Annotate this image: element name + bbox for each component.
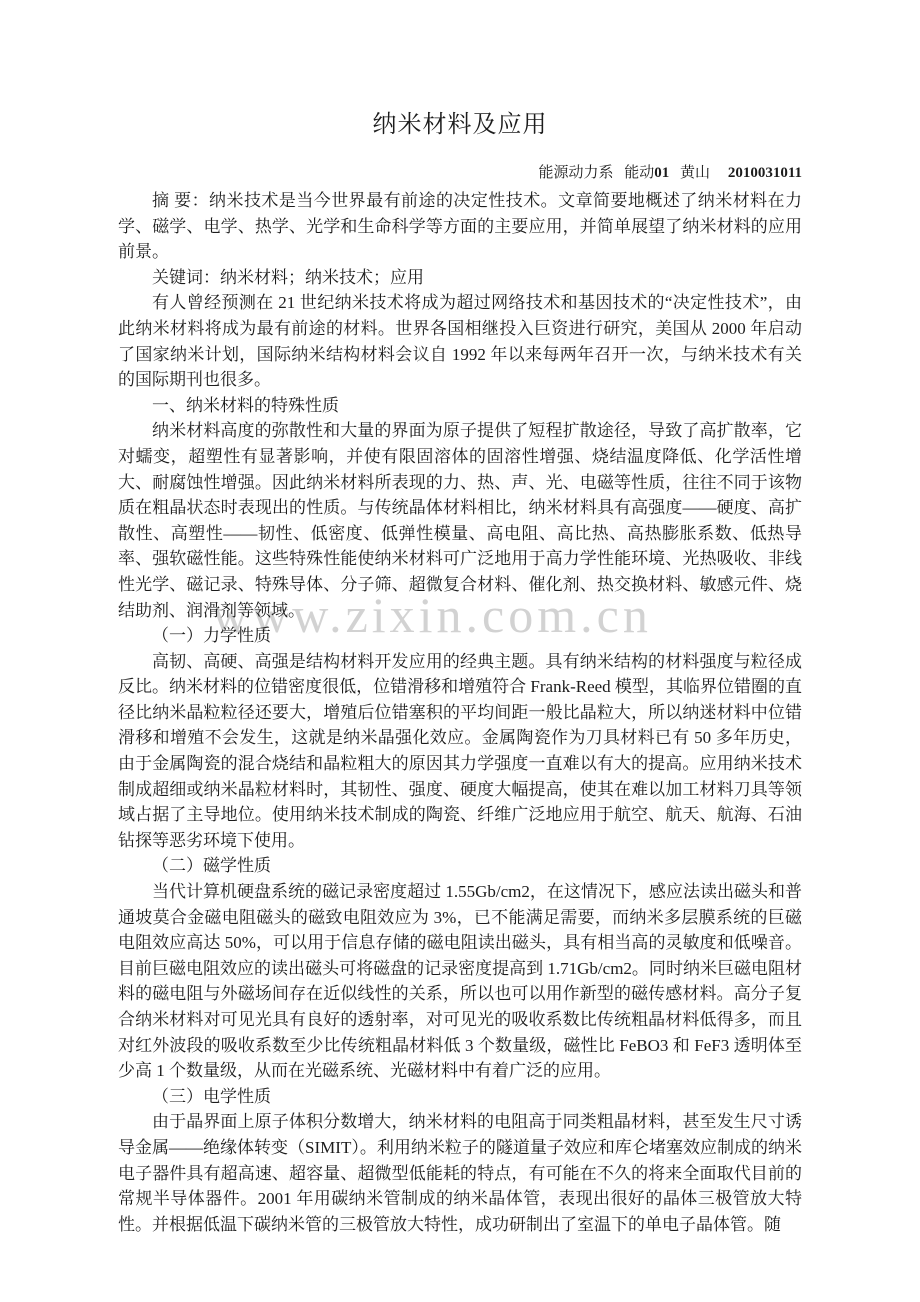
byline-student-id: 2010031011	[728, 165, 802, 181]
document-title: 纳米材料及应用	[118, 104, 802, 139]
document-page: www.zixin.com.cn 纳米材料及应用 能源动力系 能动01 黄山 2…	[0, 0, 920, 1302]
section-heading-special-properties: 一、纳米材料的特殊性质	[118, 393, 802, 419]
byline-class-number: 01	[654, 165, 669, 181]
byline: 能源动力系 能动01 黄山 2010031011	[118, 161, 802, 182]
document-content: 纳米材料及应用 能源动力系 能动01 黄山 2010031011 摘 要：纳米技…	[118, 104, 802, 1237]
special-properties-paragraph: 纳米材料高度的弥散性和大量的界面为原子提供了短程扩散途径，导致了高扩散率，它对蠕…	[118, 418, 802, 623]
mechanical-properties-paragraph: 高韧、高硬、高强是结构材料开发应用的经典主题。具有纳米结构的材料强度与粒径成反比…	[118, 649, 802, 854]
electrical-properties-paragraph: 由于晶界面上原子体积分数增大，纳米材料的电阻高于同类粗晶材料，甚至发生尺寸诱导金…	[118, 1109, 802, 1237]
magnetic-properties-paragraph: 当代计算机硬盘系统的磁记录密度超过 1.55Gb/cm2，在这情况下，感应法读出…	[118, 879, 802, 1084]
subsection-heading-mechanical: （一）力学性质	[118, 623, 802, 649]
byline-class-label: 能动	[624, 165, 654, 181]
byline-author-name: 黄山	[680, 165, 710, 181]
subsection-heading-electrical: （三）电学性质	[118, 1084, 802, 1110]
intro-paragraph: 有人曾经预测在 21 世纪纳米技术将成为超过网络技术和基因技术的“决定性技术”，…	[118, 290, 802, 392]
subsection-heading-magnetic: （二）磁学性质	[118, 853, 802, 879]
keywords-line: 关键词：纳米材料；纳米技术；应用	[118, 265, 802, 291]
byline-department: 能源动力系	[539, 165, 614, 181]
abstract-paragraph: 摘 要：纳米技术是当今世界最有前途的决定性技术。文章简要地概述了纳米材料在力学、…	[118, 188, 802, 265]
